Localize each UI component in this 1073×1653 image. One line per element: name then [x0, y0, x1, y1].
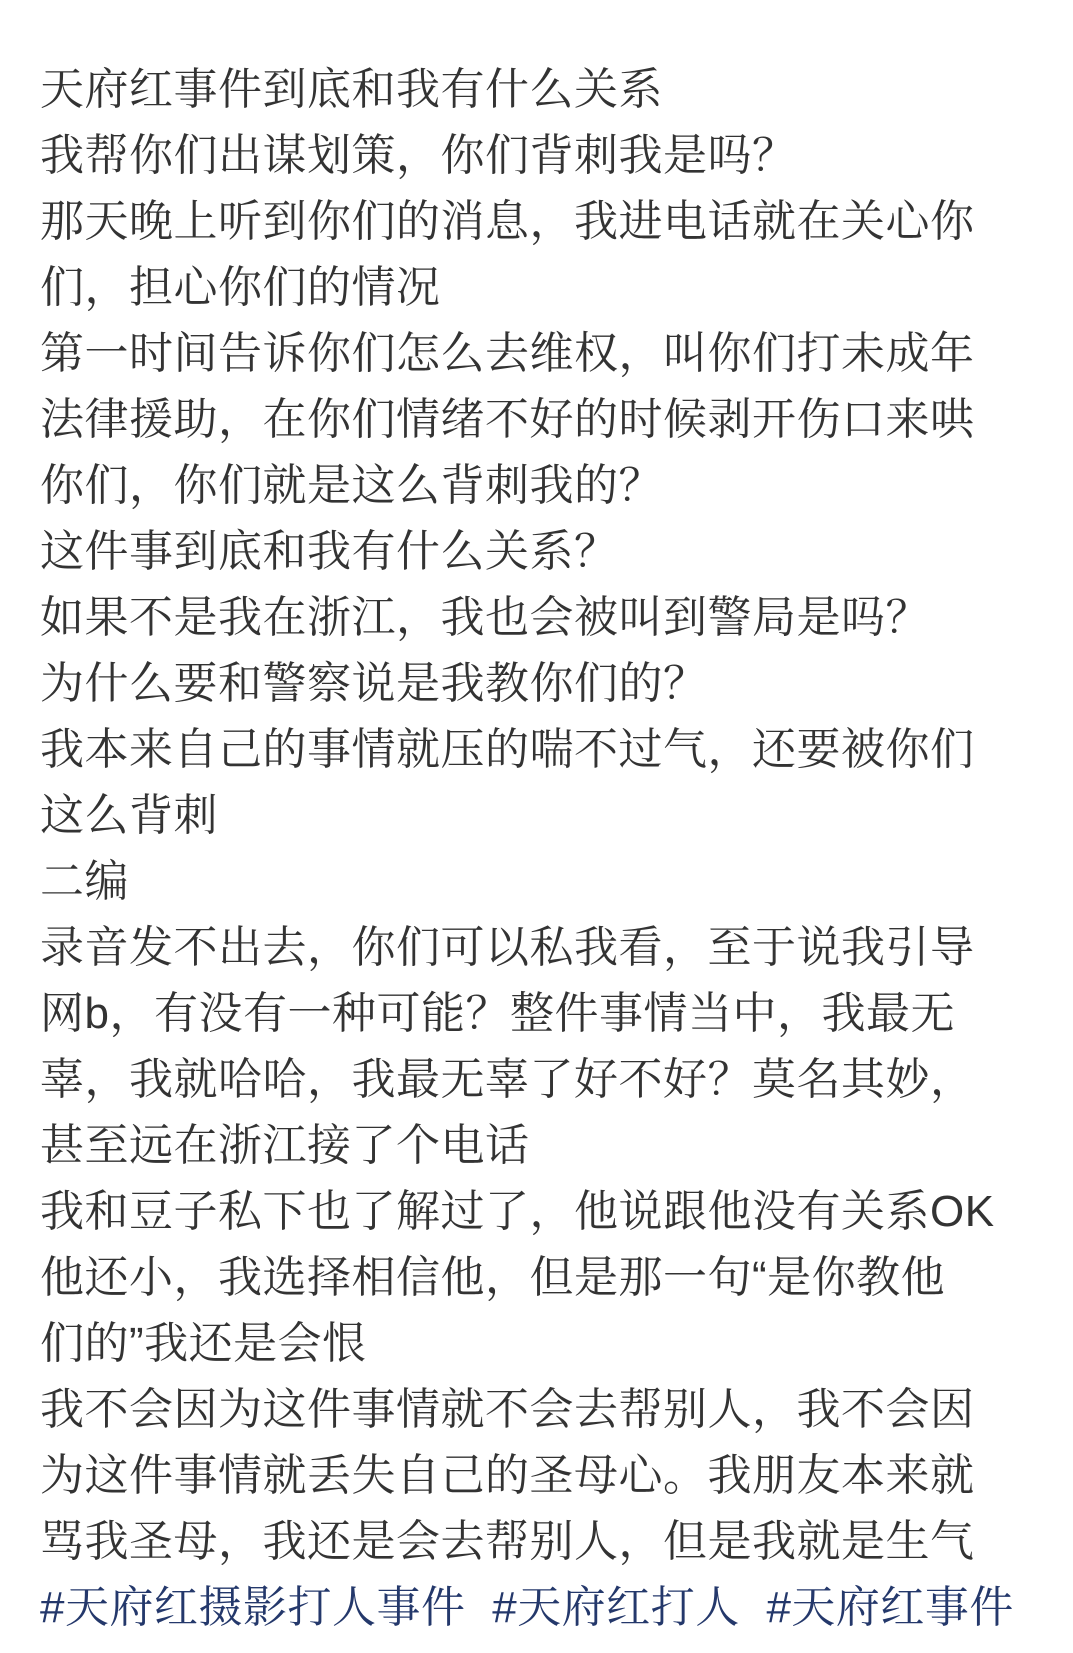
- post-line: 甚至远在浙江接了个电话: [40, 1113, 1043, 1179]
- post-line: 他还小，我选择相信他，但是那一句“是你教他: [40, 1245, 1043, 1311]
- post-line: 那天晚上听到你们的消息，我进电话就在关心你: [40, 189, 1043, 255]
- post-line: 们，担心你们的情况: [40, 255, 1043, 321]
- post-line: 如果不是我在浙江，我也会被叫到警局是吗？: [40, 585, 1043, 651]
- post-line: 我和豆子私下也了解过了，他说跟他没有关系OK: [40, 1179, 1043, 1245]
- post-line: 我本来自己的事情就压的喘不过气，还要被你们: [40, 717, 1043, 783]
- post-line: 骂我圣母，我还是会去帮别人，但是我就是生气: [40, 1509, 1043, 1575]
- post-line: 为这件事情就丢失自己的圣母心。我朋友本来就: [40, 1443, 1043, 1509]
- post-line: 你们，你们就是这么背刺我的？: [40, 453, 1043, 519]
- post-line: 录音发不出去，你们可以私我看，至于说我引导: [40, 915, 1043, 981]
- post-line: 第一时间告诉你们怎么去维权，叫你们打未成年: [40, 321, 1043, 387]
- post-line: 这件事到底和我有什么关系？: [40, 519, 1043, 585]
- post-line: 网b，有没有一种可能？整件事情当中，我最无: [40, 981, 1043, 1047]
- hashtag-link[interactable]: #天府红打人: [492, 1583, 739, 1632]
- post-body: 天府红事件到底和我有什么关系 我帮你们出谋划策，你们背刺我是吗？ 那天晚上听到你…: [40, 0, 1043, 1641]
- post-line: 法律援助，在你们情绪不好的时候剥开伤口来哄: [40, 387, 1043, 453]
- hashtag-link[interactable]: #天府红摄影打人事件: [40, 1583, 465, 1632]
- post-line: 辜，我就哈哈，我最无辜了好不好？莫名其妙，: [40, 1047, 1043, 1113]
- post-line: 天府红事件到底和我有什么关系: [40, 57, 1043, 123]
- post-line: 这么背刺: [40, 783, 1043, 849]
- post-line: 们的”我还是会恨: [40, 1311, 1043, 1377]
- post-line: 我不会因为这件事情就不会去帮别人，我不会因: [40, 1377, 1043, 1443]
- hashtag-row: #天府红摄影打人事件 #天府红打人 #天府红事件: [40, 1575, 1043, 1641]
- post-line: 为什么要和警察说是我教你们的？: [40, 651, 1043, 717]
- post-line: 我帮你们出谋划策，你们背刺我是吗？: [40, 123, 1043, 189]
- post-line: 二编: [40, 849, 1043, 915]
- hashtag-link[interactable]: #天府红事件: [766, 1583, 1013, 1632]
